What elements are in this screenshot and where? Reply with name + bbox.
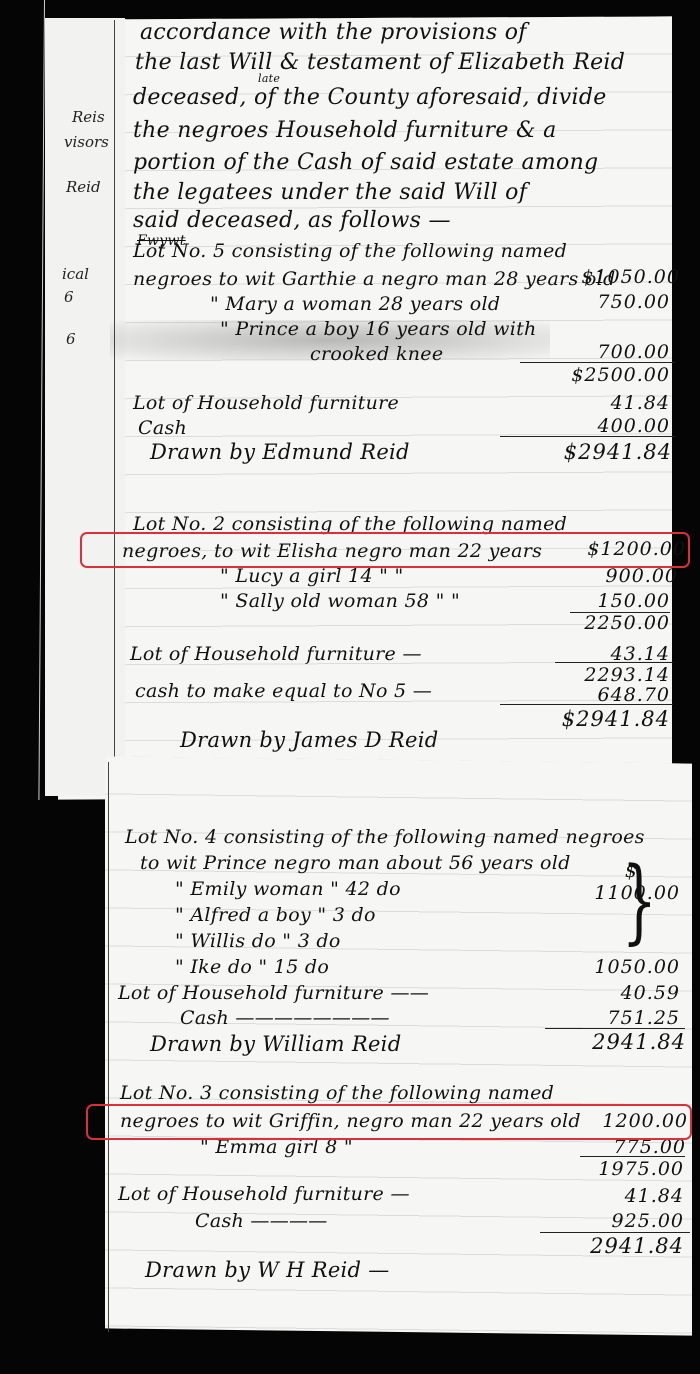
lot3-cash: Cash ———— [195, 1210, 328, 1232]
sum-rule [540, 1232, 690, 1233]
lot3-subtotal: 1975.00 [598, 1158, 684, 1180]
lot4-bracket-symbol: $ [625, 860, 638, 882]
margin-fragment: 6 [64, 288, 74, 306]
lot2-amount: 900.00 [606, 565, 678, 587]
lot3-furniture-amount: 41.84 [625, 1185, 684, 1207]
lot2-drawn-by: Drawn by James D Reid [180, 728, 439, 752]
lot5-furniture-amount: 41.84 [611, 392, 670, 414]
sum-rule [545, 1028, 685, 1029]
preamble-line: accordance with the provisions of [140, 20, 527, 45]
preamble-line: said deceased, as follows — [133, 208, 451, 233]
preamble-line: the negroes Household furniture & a [133, 118, 557, 143]
margin-fragment: Reid [66, 178, 101, 196]
preamble-insert: late [258, 72, 280, 85]
lot2-amount: 150.00 [598, 590, 670, 612]
lot3-furniture: Lot of Household furniture — [118, 1183, 410, 1205]
sum-rule [500, 704, 673, 705]
lot5-amount: 750.00 [598, 291, 670, 313]
lot2-item: " Lucy a girl 14 " " [220, 565, 404, 587]
preamble-line: deceased, of the County aforesaid, divid… [133, 85, 607, 110]
margin-fragment: 6 [66, 330, 76, 348]
preamble-line: the last Will & testament of Elizabeth R… [135, 50, 625, 75]
highlight-box-lot2-elisha [80, 532, 690, 568]
lot5-drawn-by: Drawn by Edmund Reid [150, 440, 410, 464]
lot5-item: " Mary a woman 28 years old [210, 293, 500, 315]
lot4-cash: Cash ———————— [180, 1007, 390, 1029]
lot5-item: negroes to wit Garthie a negro man 28 ye… [133, 268, 616, 290]
lot2-cash: cash to make equal to No 5 — [135, 680, 432, 702]
lot5-cash: Cash [138, 417, 187, 439]
sum-rule [555, 662, 673, 663]
preamble-line: portion of the Cash of said estate among [133, 150, 598, 175]
lot5-amount: 700.00 [598, 341, 670, 363]
lot5-header: Lot No. 5 consisting of the following na… [133, 240, 567, 262]
lot4-item: " Emily woman " 42 do [175, 878, 401, 900]
lot2-item: " Sally old woman 58 " " [220, 590, 460, 612]
sum-rule [520, 362, 675, 363]
lot4-drawn-by: Drawn by William Reid [150, 1032, 401, 1056]
lot4-cash-amount: 751.25 [608, 1007, 680, 1029]
lot4-furniture: Lot of Household furniture —— [118, 982, 429, 1004]
lot5-item: " Prince a boy 16 years old with [220, 318, 537, 340]
margin-fragment: ical [62, 265, 89, 283]
preamble-line: the legatees under the said Will of [133, 180, 527, 205]
lot5-amount: $1050.00 [581, 266, 680, 288]
lot2-furniture: Lot of Household furniture — [130, 643, 422, 665]
lot4-bracket-amount: 1100.00 [594, 882, 680, 904]
lot4-item: " Alfred a boy " 3 do [175, 904, 376, 926]
lot3-cash-amount: 925.00 [612, 1210, 684, 1232]
lot2-running-total: 2293.14 [584, 664, 670, 686]
highlight-box-lot3-griffin [86, 1104, 692, 1140]
lot4-item: " Ike do " 15 do [175, 956, 329, 978]
lot4-total: 2941.84 [592, 1030, 686, 1054]
lot5-subtotal: $2500.00 [571, 364, 670, 386]
sum-rule [580, 1156, 685, 1157]
lot5-total: $2941.84 [564, 440, 672, 464]
lot5-cash-amount: 400.00 [598, 415, 670, 437]
lot4-item: " Willis do " 3 do [175, 930, 341, 952]
lot3-header: Lot No. 3 consisting of the following na… [120, 1082, 554, 1104]
margin-fragment: visors [64, 133, 109, 151]
lot4-item: to wit Prince negro man about 56 years o… [140, 852, 571, 874]
lot2-cash-amount: 648.70 [598, 684, 670, 706]
margin-rule-lower [108, 762, 109, 1332]
lot2-total: $2941.84 [562, 707, 670, 731]
lot4-header: Lot No. 4 consisting of the following na… [125, 826, 645, 848]
margin-fragment: Reis [72, 108, 105, 126]
lot4-furniture-amount: 40.59 [621, 982, 680, 1004]
lot2-subtotal: 2250.00 [584, 612, 670, 634]
lot5-item: crooked knee [310, 343, 443, 365]
sum-rule [500, 436, 675, 437]
scan-edge-line [38, 0, 45, 800]
lot3-total: 2941.84 [590, 1234, 684, 1258]
lot4-amount: 1050.00 [594, 956, 680, 978]
lot5-furniture: Lot of Household furniture [133, 392, 399, 414]
lot3-drawn-by: Drawn by W H Reid — [145, 1258, 390, 1282]
margin-rule-upper [114, 20, 115, 790]
